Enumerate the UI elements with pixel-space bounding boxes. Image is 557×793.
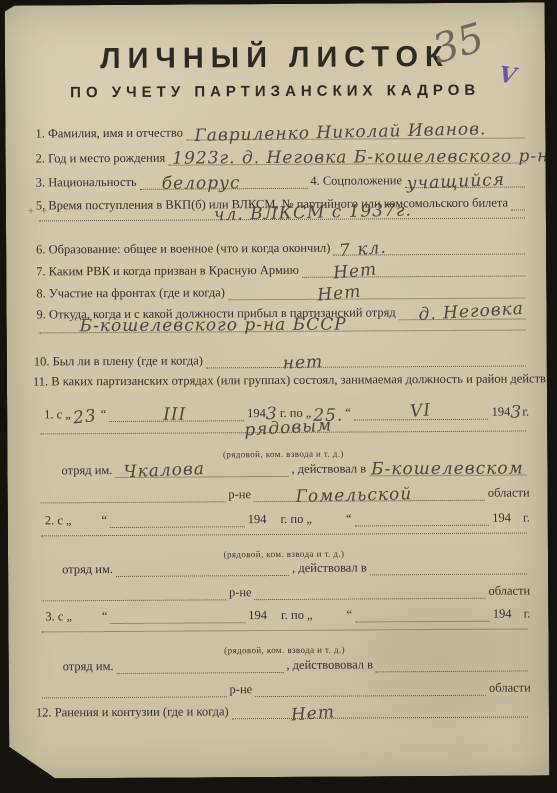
- acted-line: Б-кошелевском: [369, 460, 526, 476]
- acted-line: [370, 559, 527, 575]
- field-11-label: 11. В каких партизанских отрядах (или гр…: [33, 370, 557, 389]
- quote: “: [346, 608, 352, 623]
- entry-2-dates: 2. с „ “ 194 г. по „ “ 194 г.: [45, 510, 530, 528]
- handwritten-acted: Б-кошелевском: [371, 461, 524, 477]
- entry-1-otryad: отряд им. Чкалова , действовал в Б-кошел…: [61, 460, 529, 478]
- field-2-label: 2. Год и место рождения: [36, 151, 166, 167]
- quote: „: [65, 407, 71, 422]
- field-11: 11. В каких партизанских отрядах (или гр…: [33, 370, 529, 389]
- month-line: [355, 607, 490, 623]
- rayon-label: р-не: [229, 585, 252, 600]
- blank-line: [42, 682, 227, 698]
- year-prefix: 194: [492, 405, 511, 420]
- month-line: [354, 511, 489, 527]
- field-6-line: 7 кл.: [333, 239, 525, 255]
- field-8-line: Нет: [228, 283, 526, 300]
- field-5-line2: чл. ВЛКСМ с 1937г.: [39, 217, 525, 221]
- otryad-line: [117, 658, 284, 674]
- rayon-label: р-не: [229, 682, 252, 697]
- handwritten-month: III: [163, 408, 186, 423]
- entry-3-dates: 3. с „ “ 194 г. по „ “ 194 г.: [45, 606, 530, 624]
- field-10-label: 10. Был ли в плену (где и когда): [34, 353, 203, 369]
- otryad-label: отряд им.: [63, 659, 114, 674]
- field-3-label: 3. Национальность: [36, 175, 137, 191]
- field-10: 10. Был ли в плену (где и когда) нет: [34, 351, 529, 369]
- handwritten-day: 23: [72, 409, 97, 427]
- blank-line: [41, 585, 226, 601]
- field-12-label: 12. Ранения и контузии (где и когда): [36, 704, 229, 720]
- role-caption: (рядовой, ком. взвода и т. д.): [224, 549, 345, 560]
- handwritten-role: рядовым: [244, 418, 333, 438]
- handwritten-value: Нет: [290, 705, 335, 723]
- handwritten-value: д. Неговка: [418, 302, 524, 323]
- year-prefix: 194: [248, 608, 267, 623]
- oblast-label: области: [488, 583, 530, 598]
- field-12-line: Нет: [232, 702, 528, 719]
- handwritten-rayon: Гомельской: [295, 487, 412, 505]
- handwritten-value: чл. ВЛКСМ с 1937г.: [214, 203, 412, 223]
- field-1: 1. Фамилия, имя и отчество Гавриленко Ни…: [35, 123, 527, 141]
- entry-label: 1. с: [44, 407, 62, 422]
- quote: „: [307, 608, 313, 623]
- rayon-line: [255, 681, 486, 697]
- field-9-line2: Б-кошелевского р-на БССР: [40, 329, 526, 333]
- blank-line: [41, 487, 226, 503]
- quote: “: [345, 406, 351, 421]
- handwritten-value: Б-кошелевского р-на БССР: [80, 318, 347, 335]
- field-12: 12. Ранения и контузии (где и когда) Нет: [36, 702, 531, 720]
- quote: “: [346, 512, 352, 527]
- year-prefix: 194: [492, 511, 511, 526]
- field-7-line: Нет: [302, 261, 525, 277]
- entry-2-role-line: [38, 532, 530, 536]
- oblast-label: области: [489, 680, 531, 695]
- acted-line: [376, 656, 528, 672]
- otryad-line: Чкалова: [115, 462, 288, 478]
- field-7: 7. Каким РВК и когда призван в Красную А…: [36, 261, 528, 279]
- role-line: рядовым: [40, 430, 526, 434]
- handwritten-year: 3: [510, 406, 522, 421]
- quote: „: [66, 609, 72, 624]
- year-suffix: г.: [523, 606, 530, 621]
- field-4-label: 4. Соцположение: [310, 173, 402, 189]
- quote: „: [306, 512, 312, 527]
- acted-label: , действовал в: [292, 560, 367, 575]
- year-suffix: г.: [522, 404, 529, 419]
- handwritten-value: белорус: [162, 176, 241, 191]
- to-label: г. по: [280, 512, 303, 527]
- field-6: 6. Образование: общее и военное (что и к…: [36, 239, 528, 257]
- entry-3-region: р-не области: [39, 680, 531, 698]
- field-2-line: 1923г. д. Неговка Б-кошелевского р-на БС…: [168, 148, 524, 165]
- acted-label: , действововал в: [286, 657, 373, 673]
- field-6-label: 6. Образование: общее и военное (что и к…: [36, 241, 330, 258]
- year-suffix: г.: [523, 510, 530, 525]
- oblast-label: области: [488, 485, 530, 500]
- handwritten-month: VI: [410, 403, 432, 420]
- handwritten-value: Нет: [333, 263, 378, 282]
- handwritten-value: 7 кл.: [339, 241, 388, 260]
- check-mark: V: [497, 62, 517, 90]
- document-page: ЛИЧНЫЙ ЛИСТОК ПО УЧЕТУ ПАРТИЗАНСКИХ КАДР…: [5, 2, 550, 778]
- year-prefix: 194: [248, 512, 267, 527]
- entry-3-role-line: [38, 628, 530, 632]
- field-8: 8. Участие на фронтах (где и когда) Нет: [36, 283, 528, 301]
- field-8-label: 8. Участие на фронтах (где и когда): [36, 285, 225, 301]
- otryad-line: [116, 561, 289, 577]
- entry-1-region: р-не Гомельской области: [38, 485, 530, 503]
- handwritten-value: Гавриленко Николай Иванов.: [194, 122, 486, 144]
- field-5-answer-line: чл. ВЛКСМ с 1937г.: [36, 217, 528, 221]
- entry-2-otryad: отряд им. , действовал в: [62, 559, 530, 577]
- handwritten-value: нет: [282, 355, 323, 372]
- entry-label: 3. с: [45, 609, 63, 624]
- rayon-line: [255, 584, 486, 600]
- to-label: г. по: [281, 608, 304, 623]
- handwritten-otryad: Чкалова: [123, 462, 205, 480]
- field-1-line: Гавриленко Николай Иванов.: [186, 123, 525, 140]
- field-9-answer-line: Б-кошелевского р-на БССР: [37, 329, 529, 333]
- month-line: [111, 608, 246, 624]
- field-2: 2. Год и место рождения 1923г. д. Неговк…: [36, 148, 528, 166]
- year-prefix: 194: [493, 607, 512, 622]
- role-line: [41, 628, 527, 632]
- acted-label: , действовал в: [291, 461, 366, 476]
- month-line: VI: [354, 405, 489, 421]
- role-caption: (рядовой, ком. взвода и т. д.): [224, 645, 345, 656]
- field-3-4: 3. Национальность белорус 4. Соцположени…: [36, 172, 528, 190]
- rayon-label: р-не: [228, 487, 251, 502]
- entry-label: 2. с: [45, 513, 63, 528]
- field-3-line: белорус: [140, 174, 308, 190]
- month-line: [110, 512, 245, 528]
- entry-1-role-line: рядовым: [37, 430, 529, 434]
- quote: “: [101, 513, 107, 528]
- entry-3-otryad: отряд им. , действововал в: [63, 656, 531, 674]
- field-4-line: учащийся: [405, 172, 525, 188]
- handwritten-value: 1923г. д. Неговка Б-кошелевского р-на БС…: [172, 149, 557, 167]
- rayon-line: Гомельской: [254, 486, 485, 502]
- quote: “: [102, 609, 108, 624]
- month-line: III: [109, 406, 244, 422]
- field-1-label: 1. Фамилия, имя и отчество: [35, 126, 183, 142]
- field-7-label: 7. Каким РВК и когда призван в Красную А…: [36, 263, 299, 280]
- role-line: [41, 532, 527, 536]
- field-5-line: [511, 195, 525, 210]
- handwritten-value: Нет: [317, 285, 362, 304]
- otryad-label: отряд им.: [61, 463, 112, 478]
- handwritten-value: учащийся: [407, 173, 506, 192]
- quote: “: [101, 407, 107, 422]
- entry-2-region: р-не области: [38, 583, 530, 601]
- field-9-line: д. Неговка: [399, 304, 526, 320]
- quote: „: [66, 513, 72, 528]
- otryad-label: отряд им.: [62, 562, 113, 577]
- role-caption: (рядовой, ком. взвода и т. д.): [223, 449, 344, 460]
- field-10-line: нет: [206, 351, 526, 368]
- page-subtitle: ПО УЧЕТУ ПАРТИЗАНСКИХ КАДРОВ: [5, 81, 545, 101]
